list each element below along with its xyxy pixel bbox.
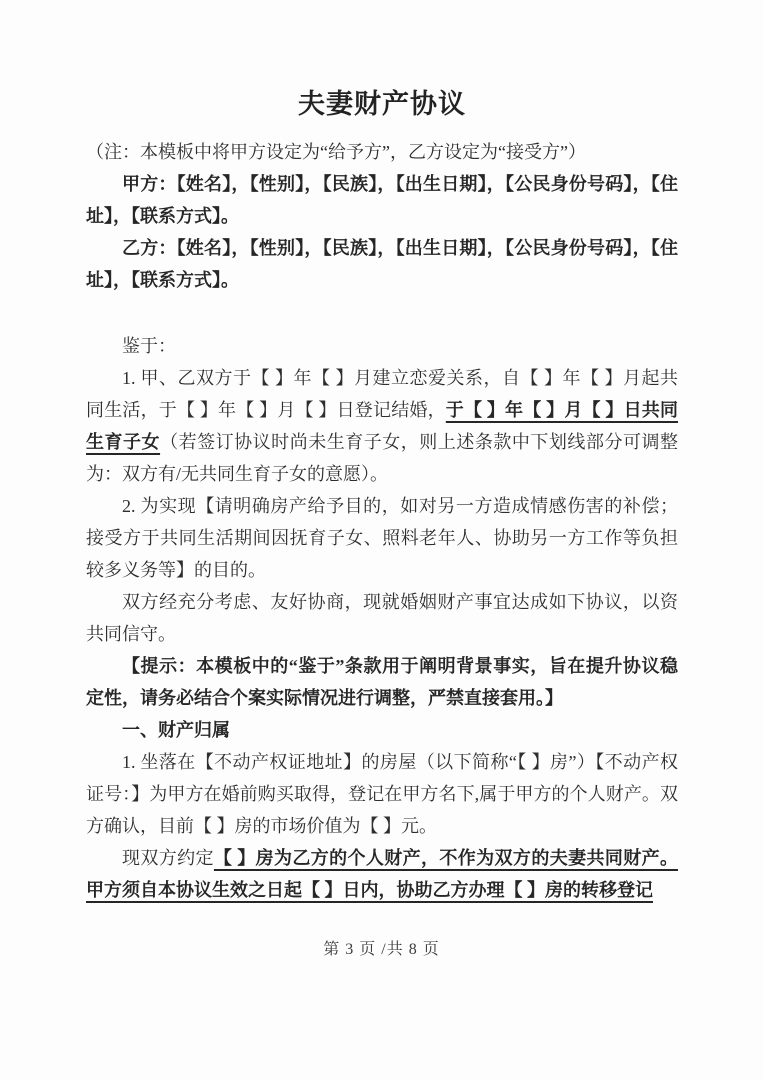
tip-note: 【提示：本模板中的“鉴于”条款用于阐明背景事实，旨在提升协议稳定性，请务必结合个…: [86, 650, 678, 714]
party-a-paragraph: 甲方：【姓名】，【性别】，【民族】，【出生日期】，【公民身份号码】，【住址】，【…: [86, 168, 678, 232]
agreement-intro: 双方经充分考虑、友好协商，现就婚姻财产事宜达成如下协议，以资共同信守。: [86, 586, 678, 650]
section-heading-property-ownership: 一、财产归属: [86, 714, 678, 746]
whereas-label: 鉴于：: [86, 330, 678, 362]
property-clause-1: 1. 坐落在【不动产权证地址】的房屋（以下简称“【 】房”）【不动产权证号：】为…: [86, 746, 678, 842]
page-number: 第 3 页 /共 8 页: [0, 938, 763, 962]
template-note: （注：本模板中将甲方设定为“给予方”，乙方设定为“接受方”）: [86, 136, 678, 168]
property-clause-2-lead: 现双方约定: [122, 848, 214, 868]
party-b-paragraph: 乙方：【姓名】，【性别】，【民族】，【出生日期】，【公民身份号码】，【住址】，【…: [86, 232, 678, 296]
document-body: 夫妻财产协议 （注：本模板中将甲方设定为“给予方”，乙方设定为“接受方”） 甲方…: [0, 0, 763, 906]
whereas-item-1: 1. 甲、乙双方于【 】年【 】月建立恋爱关系，自【 】年【 】月起共同生活，于…: [86, 362, 678, 490]
property-clause-2: 现双方约定【 】房为乙方的个人财产，不作为双方的夫妻共同财产。甲方须自本协议生效…: [86, 842, 678, 906]
whereas-item-2: 2. 为实现【请明确房产给予目的，如对另一方造成情感伤害的补偿；接受方于共同生活…: [86, 490, 678, 586]
whereas-item-1-tail: （若签订协议时尚未生育子女，则上述条款中下划线部分可调整为：双方有/无共同生育子…: [86, 432, 678, 484]
document-title: 夫妻财产协议: [86, 86, 678, 122]
contract-page: 夫妻财产协议 （注：本模板中将甲方设定为“给予方”，乙方设定为“接受方”） 甲方…: [0, 0, 763, 1080]
